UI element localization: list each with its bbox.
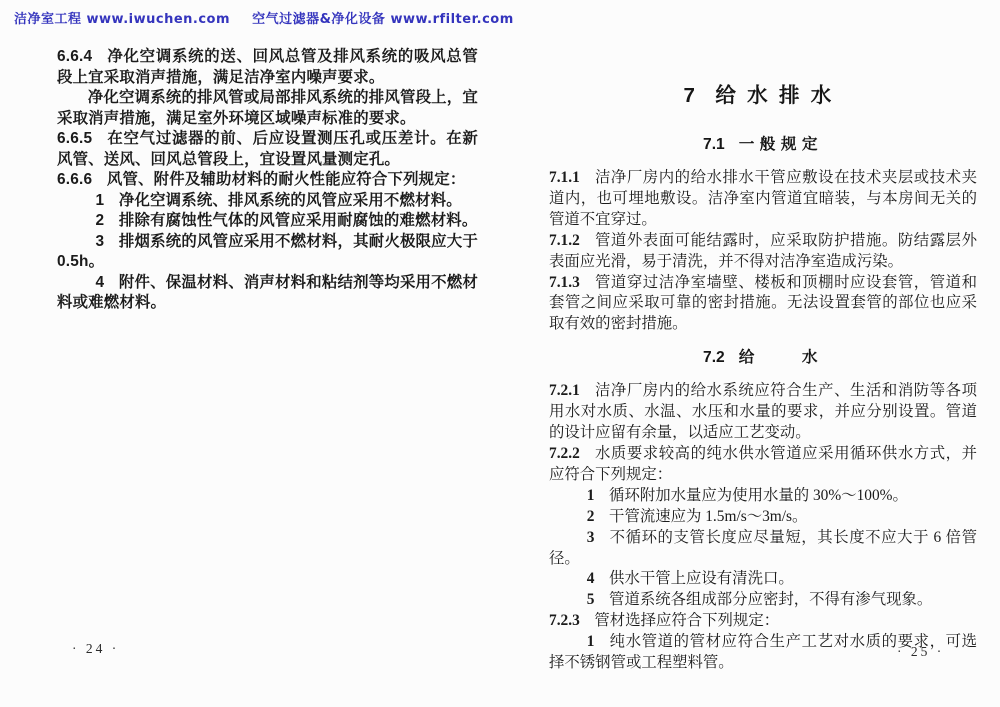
list-item: 4附件、保温材料、消声材料和粘结剂等均采用不燃材料或难燃材料。 — [57, 273, 478, 314]
clause-paragraph: 7.1.2管道外表面可能结露时，应采取防护措施。防结露层外表面应光滑，易于清洗，… — [549, 231, 977, 273]
clause-paragraph: 7.2.3管材选择应符合下列规定： — [549, 611, 977, 632]
item-number: 1 — [587, 487, 595, 504]
paragraph-text: 不循环的支管长度应尽量短，其长度不应大于 6 倍管径。 — [549, 529, 977, 567]
clause-number: 7.1.3 — [549, 274, 580, 291]
paragraph-text: 管道穿过洁净室墙壁、楼板和顶棚时应设套管，管道和套管之间应采取可靠的密封措施。无… — [549, 274, 977, 333]
clause-number: 7.1.2 — [549, 232, 580, 249]
document-page-24: 6.6.4净化空调系统的送、回风总管及排风系统的吸风总管段上宜采取消声措施，满足… — [57, 47, 478, 314]
clause-paragraph: 7.2.2水质要求较高的纯水供水管道应采用循环供水方式，并应符合下列规定： — [549, 444, 977, 486]
list-item: 3排烟系统的风管应采用不燃材料，其耐火极限应大于0.5h。 — [57, 232, 478, 273]
page-number-25: · 25 · — [897, 644, 944, 660]
paragraph-text: 在空气过滤器的前、后应设置测压孔或压差计。在新风管、送风、回风总管段上，宜设置风… — [57, 130, 478, 168]
item-number: 1 — [96, 192, 105, 209]
chapter-heading: 7给水排水 — [549, 84, 977, 108]
paragraph-text: 排除有腐蚀性气体的风管应采用耐腐蚀的难燃材料。 — [119, 212, 478, 229]
clause-number: 6.6.5 — [57, 130, 92, 147]
site-header-right-text: 空气过滤器&净化设备 www.rfilter.com — [252, 12, 514, 27]
clause-paragraph: 6.6.4净化空调系统的送、回风总管及排风系统的吸风总管段上宜采取消声措施，满足… — [57, 47, 478, 88]
paragraph-text: 风管、附件及辅助材料的耐火性能应符合下列规定： — [107, 171, 466, 188]
clause-paragraph: 6.6.6风管、附件及辅助材料的耐火性能应符合下列规定： — [57, 170, 478, 191]
site-header-left-text: 洁净室工程 www.iwuchen.com — [14, 12, 230, 27]
item-number: 2 — [587, 508, 595, 525]
page-number-24: · 24 · — [72, 641, 119, 657]
heading-number: 7 — [683, 84, 694, 107]
paragraph-text: 排烟系统的风管应采用不燃材料，其耐火极限应大于0.5h。 — [57, 233, 478, 271]
section-heading: 7.2给 水 — [549, 348, 977, 368]
item-number: 1 — [587, 633, 595, 650]
heading-number: 7.1 — [703, 136, 725, 153]
list-item: 1循环附加水量应为使用水量的 30%～100%。 — [549, 486, 977, 507]
list-item: 1净化空调系统、排风系统的风管应采用不燃材料。 — [57, 191, 478, 212]
heading-title: 给水排水 — [715, 84, 842, 107]
item-number: 3 — [587, 529, 595, 546]
paragraph-text: 供水干管上应设有清洗口。 — [609, 570, 794, 587]
paragraph-text: 净化空调系统、排风系统的风管应采用不燃材料。 — [119, 192, 462, 209]
list-item: 2干管流速应为 1.5m/s～3m/s。 — [549, 507, 977, 528]
list-item: 3不循环的支管长度应尽量短，其长度不应大于 6 倍管径。 — [549, 528, 977, 570]
clause-number: 7.1.1 — [549, 169, 580, 186]
clause-number: 7.2.1 — [549, 382, 580, 399]
list-item: 2排除有腐蚀性气体的风管应采用耐腐蚀的难燃材料。 — [57, 211, 478, 232]
paragraph-text: 循环附加水量应为使用水量的 30%～100%。 — [609, 487, 908, 504]
item-number: 3 — [96, 233, 105, 250]
paragraph-text: 洁净厂房内的给水系统应符合生产、生活和消防等各项用水对水质、水温、水压和水量的要… — [549, 382, 977, 441]
paragraph-text: 管道外表面可能结露时，应采取防护措施。防结露层外表面应光滑，易于清洗，并不得对洁… — [549, 232, 977, 270]
list-item: 4供水干管上应设有清洗口。 — [549, 569, 977, 590]
clause-number: 6.6.6 — [57, 171, 92, 188]
paragraph-text: 干管流速应为 1.5m/s～3m/s。 — [609, 508, 807, 525]
clause-number: 6.6.4 — [57, 48, 92, 65]
site-header: 洁净室工程 www.iwuchen.com 空气过滤器&净化设备 www.rfi… — [14, 8, 514, 27]
clause-paragraph: 6.6.5在空气过滤器的前、后应设置测压孔或压差计。在新风管、送风、回风总管段上… — [57, 129, 478, 170]
item-number: 5 — [587, 591, 595, 608]
paragraph-text: 净化空调系统的排风管或局部排风系统的排风管段上，宜采取消声措施，满足室外环境区域… — [57, 89, 478, 127]
item-number: 2 — [96, 212, 105, 229]
item-number: 4 — [587, 570, 595, 587]
body-paragraph: 净化空调系统的排风管或局部排风系统的排风管段上，宜采取消声措施，满足室外环境区域… — [57, 88, 478, 129]
clause-number: 7.2.3 — [549, 612, 580, 629]
heading-number: 7.2 — [703, 349, 725, 366]
paragraph-text: 管材选择应符合下列规定： — [594, 612, 779, 629]
paragraph-text: 管道系统各组成部分应密封，不得有渗气现象。 — [609, 591, 932, 608]
section-heading: 7.1一般规定 — [549, 135, 977, 155]
clause-paragraph: 7.2.1洁净厂房内的给水系统应符合生产、生活和消防等各项用水对水质、水温、水压… — [549, 381, 977, 444]
heading-title: 一般规定 — [739, 136, 823, 153]
paragraph-text: 附件、保温材料、消声材料和粘结剂等均采用不燃材料或难燃材料。 — [57, 274, 478, 312]
heading-title: 给 水 — [739, 349, 823, 366]
paragraph-text: 水质要求较高的纯水供水管道应采用循环供水方式，并应符合下列规定： — [549, 445, 977, 483]
clause-number: 7.2.2 — [549, 445, 580, 462]
clause-paragraph: 7.1.1洁净厂房内的给水排水干管应敷设在技术夹层或技术夹道内，也可埋地敷设。洁… — [549, 168, 977, 231]
paragraph-text: 洁净厂房内的给水排水干管应敷设在技术夹层或技术夹道内，也可埋地敷设。洁净室内管道… — [549, 169, 977, 228]
paragraph-text: 净化空调系统的送、回风总管及排风系统的吸风总管段上宜采取消声措施，满足洁净室内噪… — [57, 48, 478, 86]
list-item: 5管道系统各组成部分应密封，不得有渗气现象。 — [549, 590, 977, 611]
item-number: 4 — [96, 274, 105, 291]
document-page-25: 7给水排水7.1一般规定7.1.1洁净厂房内的给水排水干管应敷设在技术夹层或技术… — [549, 84, 977, 674]
clause-paragraph: 7.1.3管道穿过洁净室墙壁、楼板和顶棚时应设套管，管道和套管之间应采取可靠的密… — [549, 273, 977, 336]
